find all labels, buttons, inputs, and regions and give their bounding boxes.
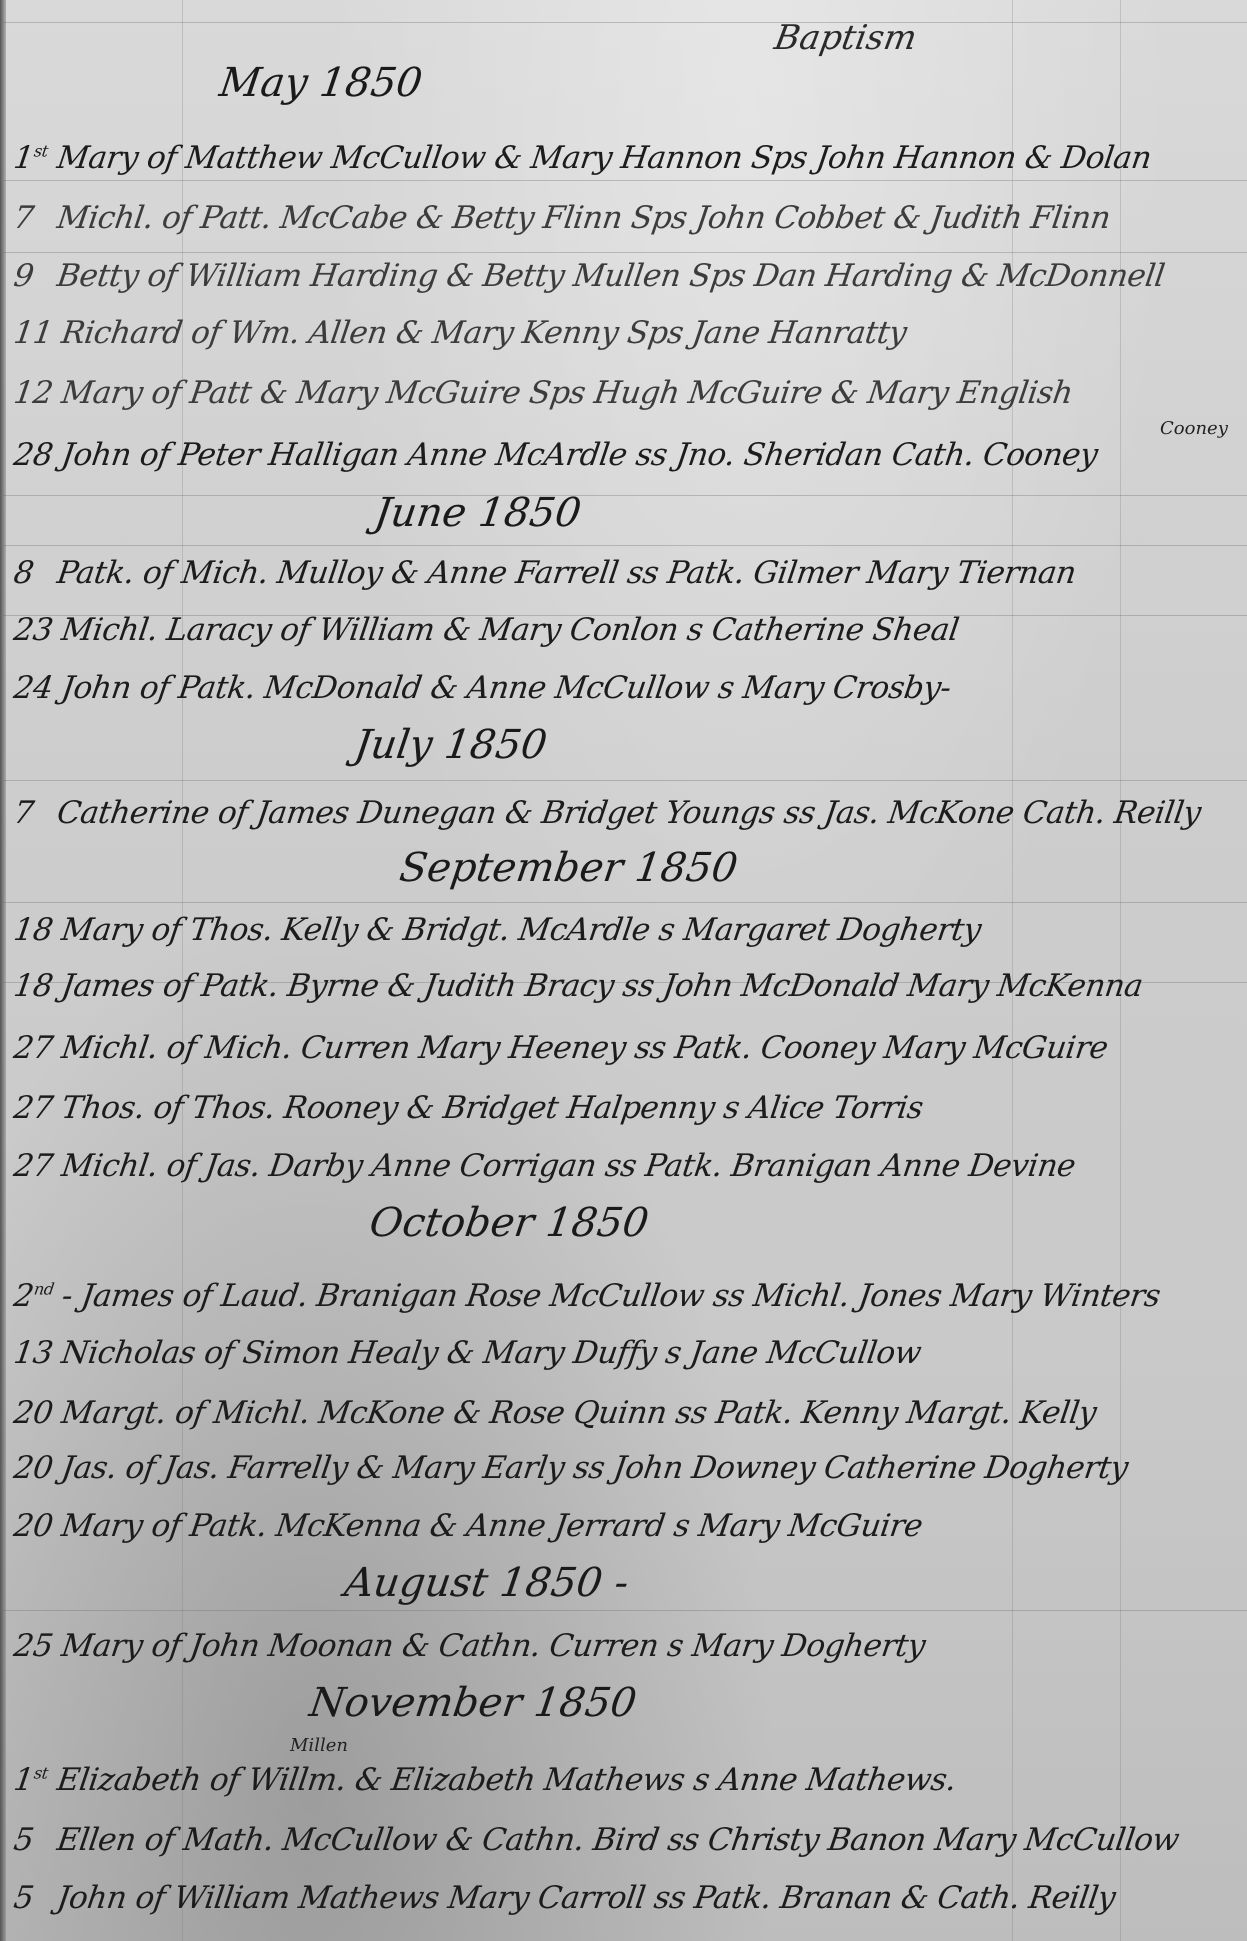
entry-text: Thos. of Thos. Rooney & Bridget Halpenny…: [59, 1090, 925, 1126]
page-binding-edge: [0, 0, 6, 1941]
entry-text: Catherine of James Dunegan & Bridget You…: [55, 795, 1203, 831]
entry-row: 7 Michl. of Patt. McCabe & Betty Flinn S…: [11, 200, 1112, 236]
entry-day: 20: [11, 1450, 55, 1486]
entry-day: 20: [11, 1395, 55, 1431]
entry-text: Richard of Wm. Allen & Mary Kenny Sps Ja…: [59, 315, 908, 351]
entry-row: 20 Mary of Patk. McKenna & Anne Jerrard …: [11, 1508, 924, 1544]
entry-day: 13: [11, 1335, 55, 1371]
month-heading-june: June 1850: [372, 490, 584, 536]
entry-row: 27 Thos. of Thos. Rooney & Bridget Halpe…: [11, 1090, 925, 1126]
entry-row: 1st Mary of Matthew McCullow & Mary Hann…: [11, 140, 1153, 176]
entry-day: 28: [11, 437, 55, 473]
entry-text: Betty of William Harding & Betty Mullen …: [55, 258, 1167, 294]
entry-text: Margt. of Michl. McKone & Rose Quinn ss …: [59, 1395, 1098, 1431]
entry-text: John of Peter Halligan Anne McArdle ss J…: [59, 437, 1099, 473]
ruled-line: [0, 780, 1247, 781]
entry-text: - James of Laud. Branigan Rose McCullow …: [60, 1278, 1163, 1314]
entry-day: 27: [11, 1148, 55, 1184]
entry-row: 13 Nicholas of Simon Healy & Mary Duffy …: [11, 1335, 923, 1371]
entry-day: 5: [11, 1880, 50, 1916]
entry-text: Michl. Laracy of William & Mary Conlon s…: [59, 612, 961, 648]
interlinear-note: Millen: [290, 1735, 348, 1756]
entry-text: Mary of Matthew McCullow & Mary Hannon S…: [55, 140, 1154, 176]
entry-day: 1st: [11, 140, 50, 176]
entry-row: 27 Michl. of Jas. Darby Anne Corrigan ss…: [11, 1148, 1077, 1184]
entry-text: Ellen of Math. McCullow & Cathn. Bird ss…: [55, 1822, 1181, 1858]
entry-row: 2nd - James of Laud. Branigan Rose McCul…: [11, 1278, 1162, 1314]
entry-text: Mary of Thos. Kelly & Bridgt. McArdle s …: [59, 912, 983, 948]
entry-day: 20: [11, 1508, 55, 1544]
interlinear-note: Cooney: [1160, 418, 1228, 439]
entry-text: Jas. of Jas. Farrelly & Mary Early ss Jo…: [59, 1450, 1130, 1486]
entry-row: 18 Mary of Thos. Kelly & Bridgt. McArdle…: [11, 912, 983, 948]
entry-row: 18 James of Patk. Byrne & Judith Bracy s…: [11, 968, 1144, 1004]
register-page: Baptism May 1850 1st Mary of Matthew McC…: [0, 0, 1247, 1941]
entry-row: 12 Mary of Patt & Mary McGuire Sps Hugh …: [11, 375, 1074, 411]
entry-day: 9: [11, 258, 50, 294]
entry-row: 11 Richard of Wm. Allen & Mary Kenny Sps…: [11, 315, 908, 351]
entry-row: 1st Elizabeth of Willm. & Elizabeth Math…: [11, 1762, 958, 1798]
entry-text: Nicholas of Simon Healy & Mary Duffy s J…: [59, 1335, 923, 1371]
ruled-line: [0, 22, 1247, 23]
ruled-line: [0, 180, 1247, 181]
month-heading-august: August 1850 -: [342, 1560, 632, 1606]
entry-day: 12: [11, 375, 55, 411]
month-heading-september: September 1850: [397, 845, 741, 891]
ruled-line: [0, 902, 1247, 903]
entry-text: Mary of Patk. McKenna & Anne Jerrard s M…: [59, 1508, 924, 1544]
entry-day: 8: [11, 555, 50, 591]
entry-row: 24 John of Patk. McDonald & Anne McCullo…: [11, 670, 953, 706]
entry-row: 28 John of Peter Halligan Anne McArdle s…: [11, 437, 1099, 473]
entry-day: 7: [11, 795, 50, 831]
entry-day: 24: [11, 670, 55, 706]
month-heading-may: May 1850: [217, 60, 425, 106]
entry-row: 20 Jas. of Jas. Farrelly & Mary Early ss…: [11, 1450, 1130, 1486]
entry-text: James of Patk. Byrne & Judith Bracy ss J…: [59, 968, 1145, 1004]
entry-day: 1st: [11, 1762, 50, 1798]
entry-day: 27: [11, 1090, 55, 1126]
entry-day: 7: [11, 200, 50, 236]
entry-day: 18: [11, 912, 55, 948]
entry-text: Michl. of Mich. Curren Mary Heeney ss Pa…: [59, 1030, 1110, 1066]
entry-text: Michl. of Patt. McCabe & Betty Flinn Sps…: [55, 200, 1113, 236]
entry-row: 23 Michl. Laracy of William & Mary Conlo…: [11, 612, 960, 648]
entry-row: 7 Catherine of James Dunegan & Bridget Y…: [11, 795, 1202, 831]
entry-day: 2nd: [11, 1278, 55, 1314]
entry-row: 8 Patk. of Mich. Mulloy & Anne Farrell s…: [11, 555, 1078, 591]
entry-row: 20 Margt. of Michl. McKone & Rose Quinn …: [11, 1395, 1098, 1431]
entry-text: Mary of John Moonan & Cathn. Curren s Ma…: [59, 1628, 927, 1664]
entry-day: 27: [11, 1030, 55, 1066]
entry-text: John of Patk. McDonald & Anne McCullow s…: [59, 670, 953, 706]
month-heading-november: November 1850: [307, 1680, 640, 1726]
entry-text: Michl. of Jas. Darby Anne Corrigan ss Pa…: [59, 1148, 1077, 1184]
ruled-line: [0, 252, 1247, 253]
ruled-line: [0, 1610, 1247, 1611]
entry-row: 25 Mary of John Moonan & Cathn. Curren s…: [11, 1628, 927, 1664]
entry-text: Patk. of Mich. Mulloy & Anne Farrell ss …: [55, 555, 1078, 591]
entry-day: 11: [11, 315, 55, 351]
entry-text: John of William Mathews Mary Carroll ss …: [55, 1880, 1118, 1916]
month-heading-july: July 1850: [352, 722, 550, 768]
entry-row: 27 Michl. of Mich. Curren Mary Heeney ss…: [11, 1030, 1110, 1066]
ruled-line: [0, 495, 1247, 496]
entry-text: Mary of Patt & Mary McGuire Sps Hugh McG…: [59, 375, 1075, 411]
entry-day: 25: [11, 1628, 55, 1664]
register-heading: Baptism: [771, 18, 919, 58]
entry-row: 5 John of William Mathews Mary Carroll s…: [11, 1880, 1117, 1916]
entry-day: 23: [11, 612, 55, 648]
entry-day: 5: [11, 1822, 50, 1858]
ruled-line: [0, 545, 1247, 546]
month-heading-october: October 1850: [367, 1200, 652, 1246]
entry-row: 9 Betty of William Harding & Betty Mulle…: [11, 258, 1166, 294]
entry-row: 5 Ellen of Math. McCullow & Cathn. Bird …: [11, 1822, 1181, 1858]
entry-text: Elizabeth of Willm. & Elizabeth Mathews …: [55, 1762, 959, 1798]
entry-day: 18: [11, 968, 55, 1004]
